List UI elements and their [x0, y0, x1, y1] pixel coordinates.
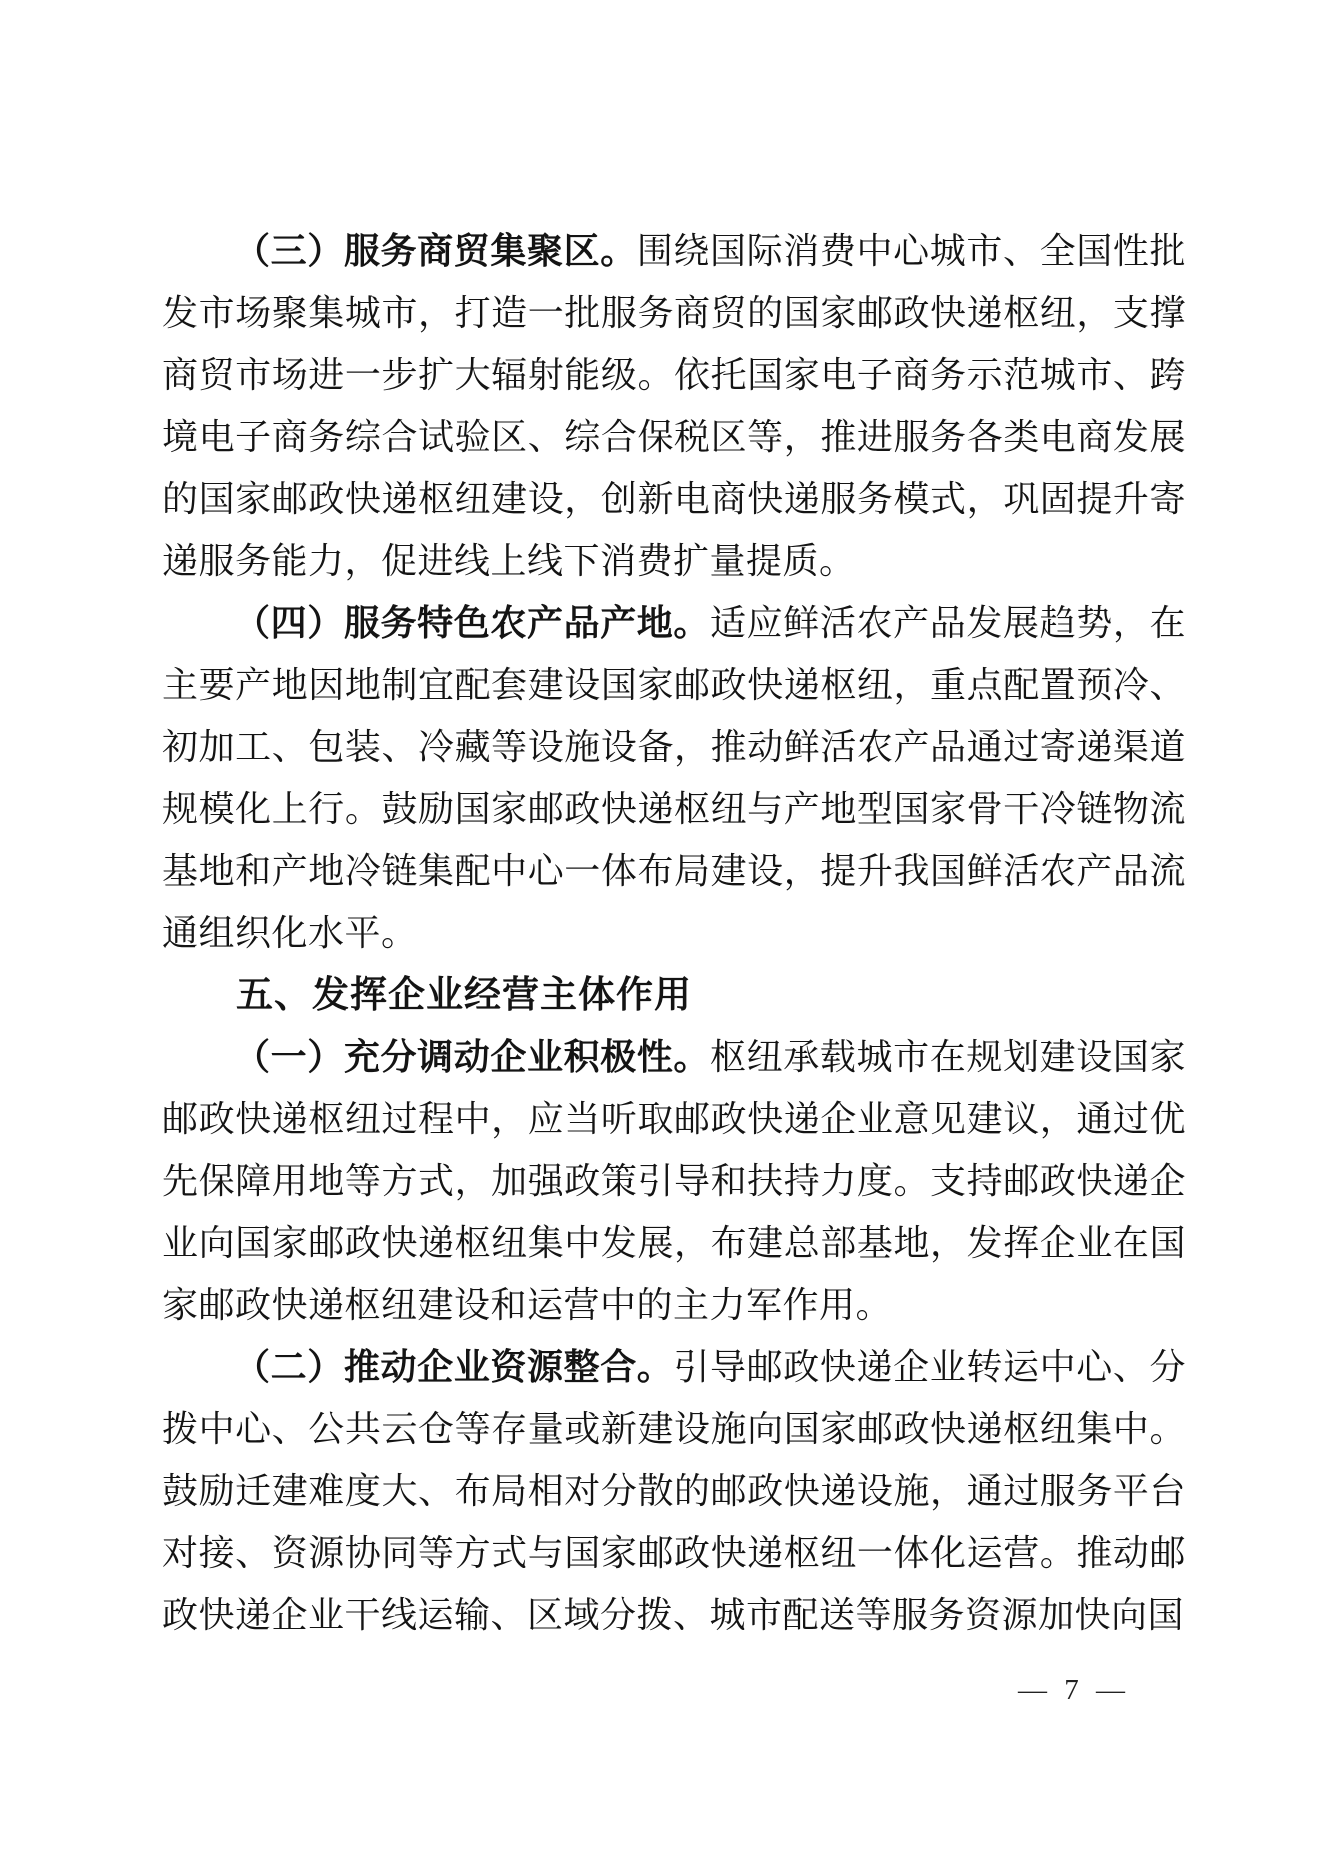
document-page: （三）服务商贸集聚区。围绕国际消费中心城市、全国性批发市场聚集城市，打造一批服务…	[0, 0, 1323, 1871]
page-number: — 7 —	[1018, 1674, 1125, 1706]
section-heading: 五、发挥企业经营主体作用	[162, 964, 1186, 1026]
paragraph-text: 枢纽承载城市在规划建设国家邮政快递枢纽过程中，应当听取邮政快递企业意见建议，通过…	[162, 1037, 1186, 1325]
paragraph-text: 引导邮政快递企业转运中心、分拨中心、公共云仓等存量或新建设施向国家邮政快递枢纽集…	[162, 1347, 1186, 1635]
paragraph: （二）推动企业资源整合。引导邮政快递企业转运中心、分拨中心、公共云仓等存量或新建…	[162, 1336, 1186, 1646]
paragraph: （四）服务特色农产品产地。适应鲜活农产品发展趋势，在主要产地因地制宜配套建设国家…	[162, 592, 1186, 964]
paragraph: （一）充分调动企业积极性。枢纽承载城市在规划建设国家邮政快递枢纽过程中，应当听取…	[162, 1026, 1186, 1336]
paragraph: （三）服务商贸集聚区。围绕国际消费中心城市、全国性批发市场聚集城市，打造一批服务…	[162, 220, 1186, 592]
paragraph-lead: （二）推动企业资源整合。	[234, 1347, 673, 1387]
paragraph-lead: （四）服务特色农产品产地。	[234, 603, 710, 643]
paragraph-text: 适应鲜活农产品发展趋势，在主要产地因地制宜配套建设国家邮政快递枢纽，重点配置预冷…	[162, 603, 1186, 953]
document-body: （三）服务商贸集聚区。围绕国际消费中心城市、全国性批发市场聚集城市，打造一批服务…	[162, 220, 1186, 1646]
paragraph-lead: （一）充分调动企业积极性。	[234, 1037, 710, 1077]
paragraph-lead: （三）服务商贸集聚区。	[234, 231, 637, 271]
page-footer: — 7 —	[0, 1672, 1323, 1708]
paragraph-text: 围绕国际消费中心城市、全国性批发市场聚集城市，打造一批服务商贸的国家邮政快递枢纽…	[162, 231, 1186, 581]
